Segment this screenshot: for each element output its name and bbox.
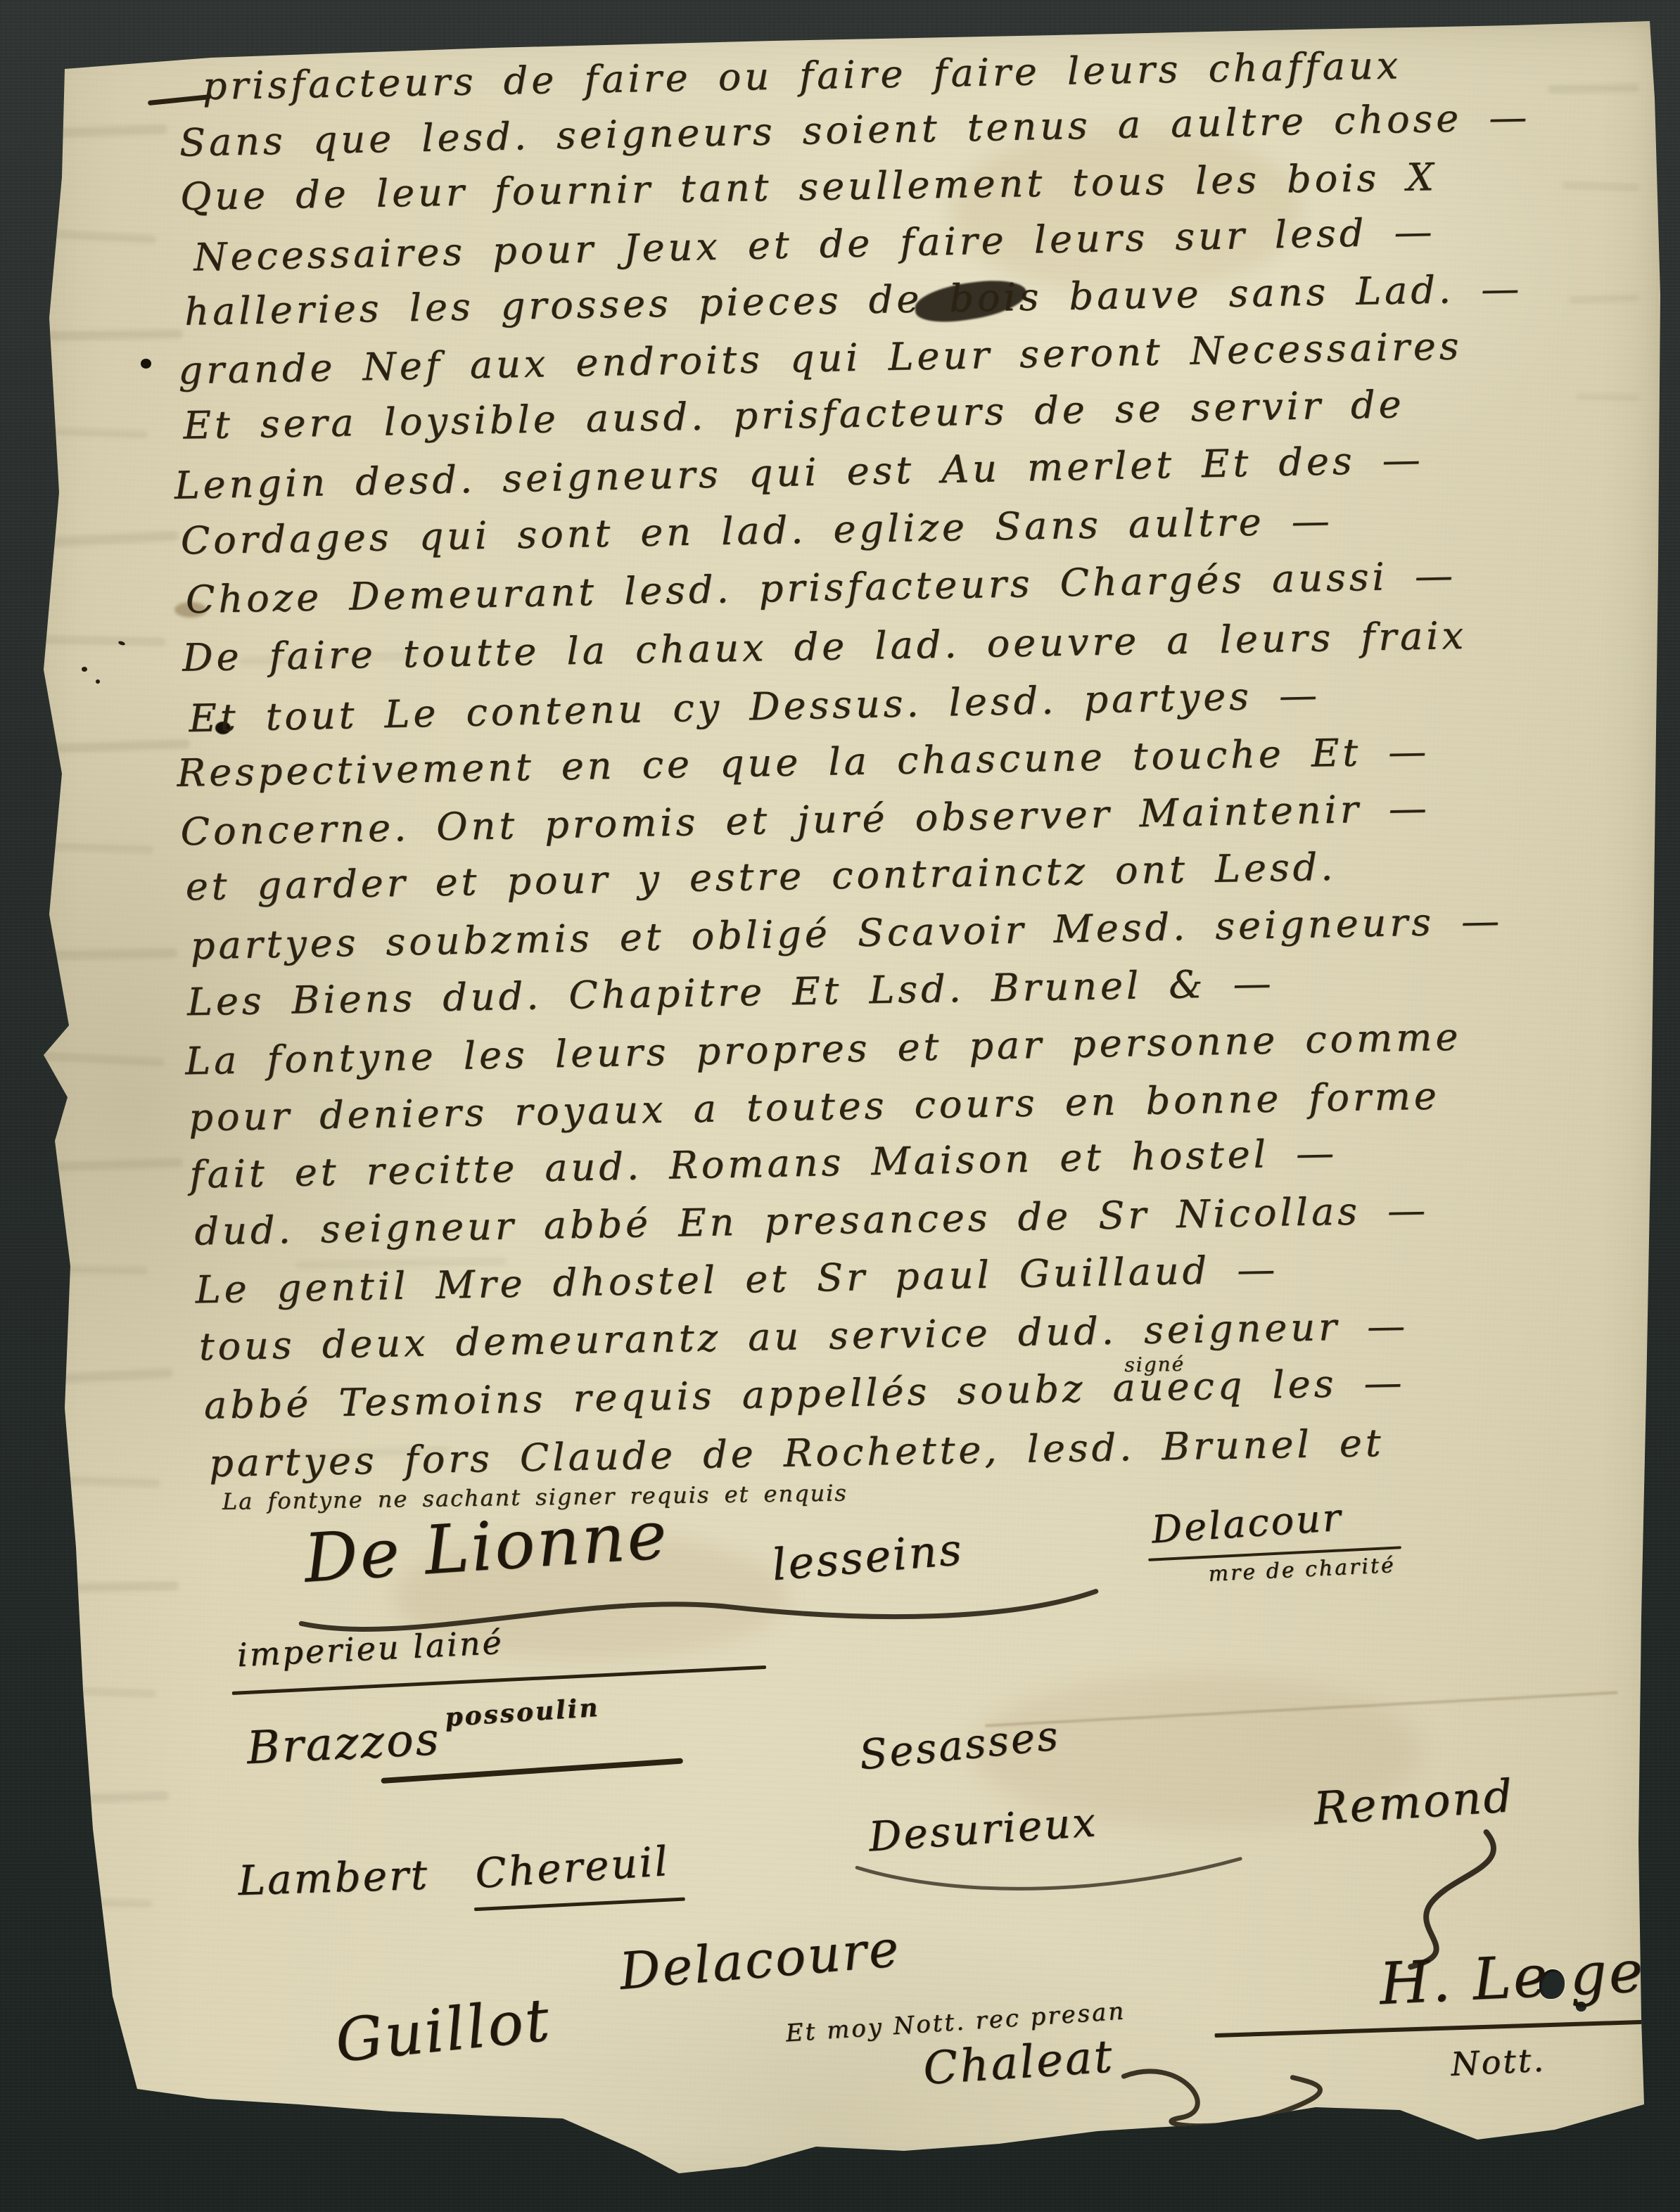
text-line: Lengin desd. seigneurs qui est Au merlet…: [174, 437, 1424, 508]
text-line: et garder et pour y estre contrainctz on…: [185, 845, 1337, 909]
chaleat-paraph: [1116, 2045, 1329, 2140]
paper-sheet: + prisfacteurs de faire ou faire faire l…: [0, 0, 1680, 2212]
text-line: Concerne. Ont promis et juré observer Ma…: [180, 786, 1430, 854]
signature-block: De LionnelesseinsDelacourmre de charitéi…: [0, 0, 1670, 3]
signature-chaleat: Chaleat: [922, 2031, 1116, 2095]
signature-brazzos: Brazzos: [246, 1713, 442, 1775]
signature-desurieux: Desurieux: [867, 1798, 1099, 1860]
signature-h-legentil: H. Le gentil: [1377, 1933, 1680, 2018]
text-line: halleries les grosses pieces de bois bau…: [184, 267, 1523, 334]
text-line: dud. seigneur abbé En presances de Sr Ni…: [194, 1188, 1430, 1254]
text-line: Respectivement en ce que la chascune tou…: [177, 729, 1430, 795]
text-line: Les Biens dud. Chapitre Et Lsd. Brunel &…: [186, 961, 1275, 1024]
signature-remond: Remond: [1312, 1770, 1516, 1836]
signature-possoulin: possoulin: [444, 1693, 601, 1733]
text-line: Necessaires pour Jeux et de faire leurs …: [193, 209, 1436, 279]
signature-delacoure: Delacoure: [617, 1919, 903, 2001]
text-line: grande Nef aux endroits qui Leur seront …: [178, 324, 1463, 392]
text-line: Choze Demeurant lesd. prisfacteurs Charg…: [185, 554, 1456, 622]
lead-strike: [148, 94, 211, 106]
signature-chereuil: Chereuil: [473, 1837, 670, 1898]
text-line: partyes soubzmis et obligé Scavoir Mesd.…: [190, 899, 1503, 968]
signature-delacour: Delacour: [1150, 1495, 1344, 1552]
text-line: Cordages qui sont en lad. eglize Sans au…: [180, 499, 1333, 563]
signature-delacour-note: mre de charité: [1208, 1553, 1396, 1587]
signature-guillot: Guillot: [332, 1985, 554, 2076]
handwritten-text-layer: + prisfacteurs de faire ou faire faire l…: [0, 0, 1680, 2212]
text-line: abbé Tesmoins requis appellés soubz auec…: [203, 1360, 1406, 1428]
hlegentil-underline: [1215, 2019, 1679, 2038]
text-line: partyes fors Claude de Rochette, lesd. B…: [209, 1421, 1385, 1485]
text-line: Et tout Le contenu cy Dessus. lesd. part…: [189, 672, 1321, 741]
text-line: Que de leur fournir tant seullement tous…: [179, 155, 1437, 219]
chereuil-underline: [474, 1898, 685, 1912]
interline-word: signé: [1124, 1353, 1185, 1376]
text-line: pour deniers royaux a toutes cours en bo…: [189, 1074, 1441, 1140]
manuscript-scan: { "document": { "description": "Scanned …: [0, 0, 1680, 2212]
text-line: Et sera loysible ausd. prisfacteurs de s…: [183, 382, 1405, 447]
top-cross-stroke: [329, 37, 476, 47]
text-line: Sans que lesd. seigneurs soient tenus a …: [179, 95, 1531, 165]
text-line: De faire toutte la chaux de lad. oeuvre …: [182, 613, 1468, 680]
text-line: fait et recitte aud. Romans Maison et ho…: [189, 1130, 1338, 1196]
text-line: Le gentil Mre dhostel et Sr paul Guillau…: [195, 1247, 1279, 1312]
signature-lesseins: lesseins: [770, 1523, 965, 1591]
signature-sesasses: Sesasses: [857, 1711, 1062, 1779]
body-text-lines: prisfacteurs de faire ou faire faire leu…: [0, 0, 1670, 3]
text-line: La fontyne les leurs propres et par pers…: [185, 1014, 1462, 1083]
top-cross-mark: +: [356, 10, 395, 58]
text-line: tous deux demeurantz au service dud. sei…: [198, 1303, 1408, 1369]
signature-lambert: Lambert: [237, 1850, 430, 1904]
signature-imperieu: imperieu lainé: [236, 1623, 504, 1674]
signature-nott: Nott.: [1450, 2040, 1546, 2083]
